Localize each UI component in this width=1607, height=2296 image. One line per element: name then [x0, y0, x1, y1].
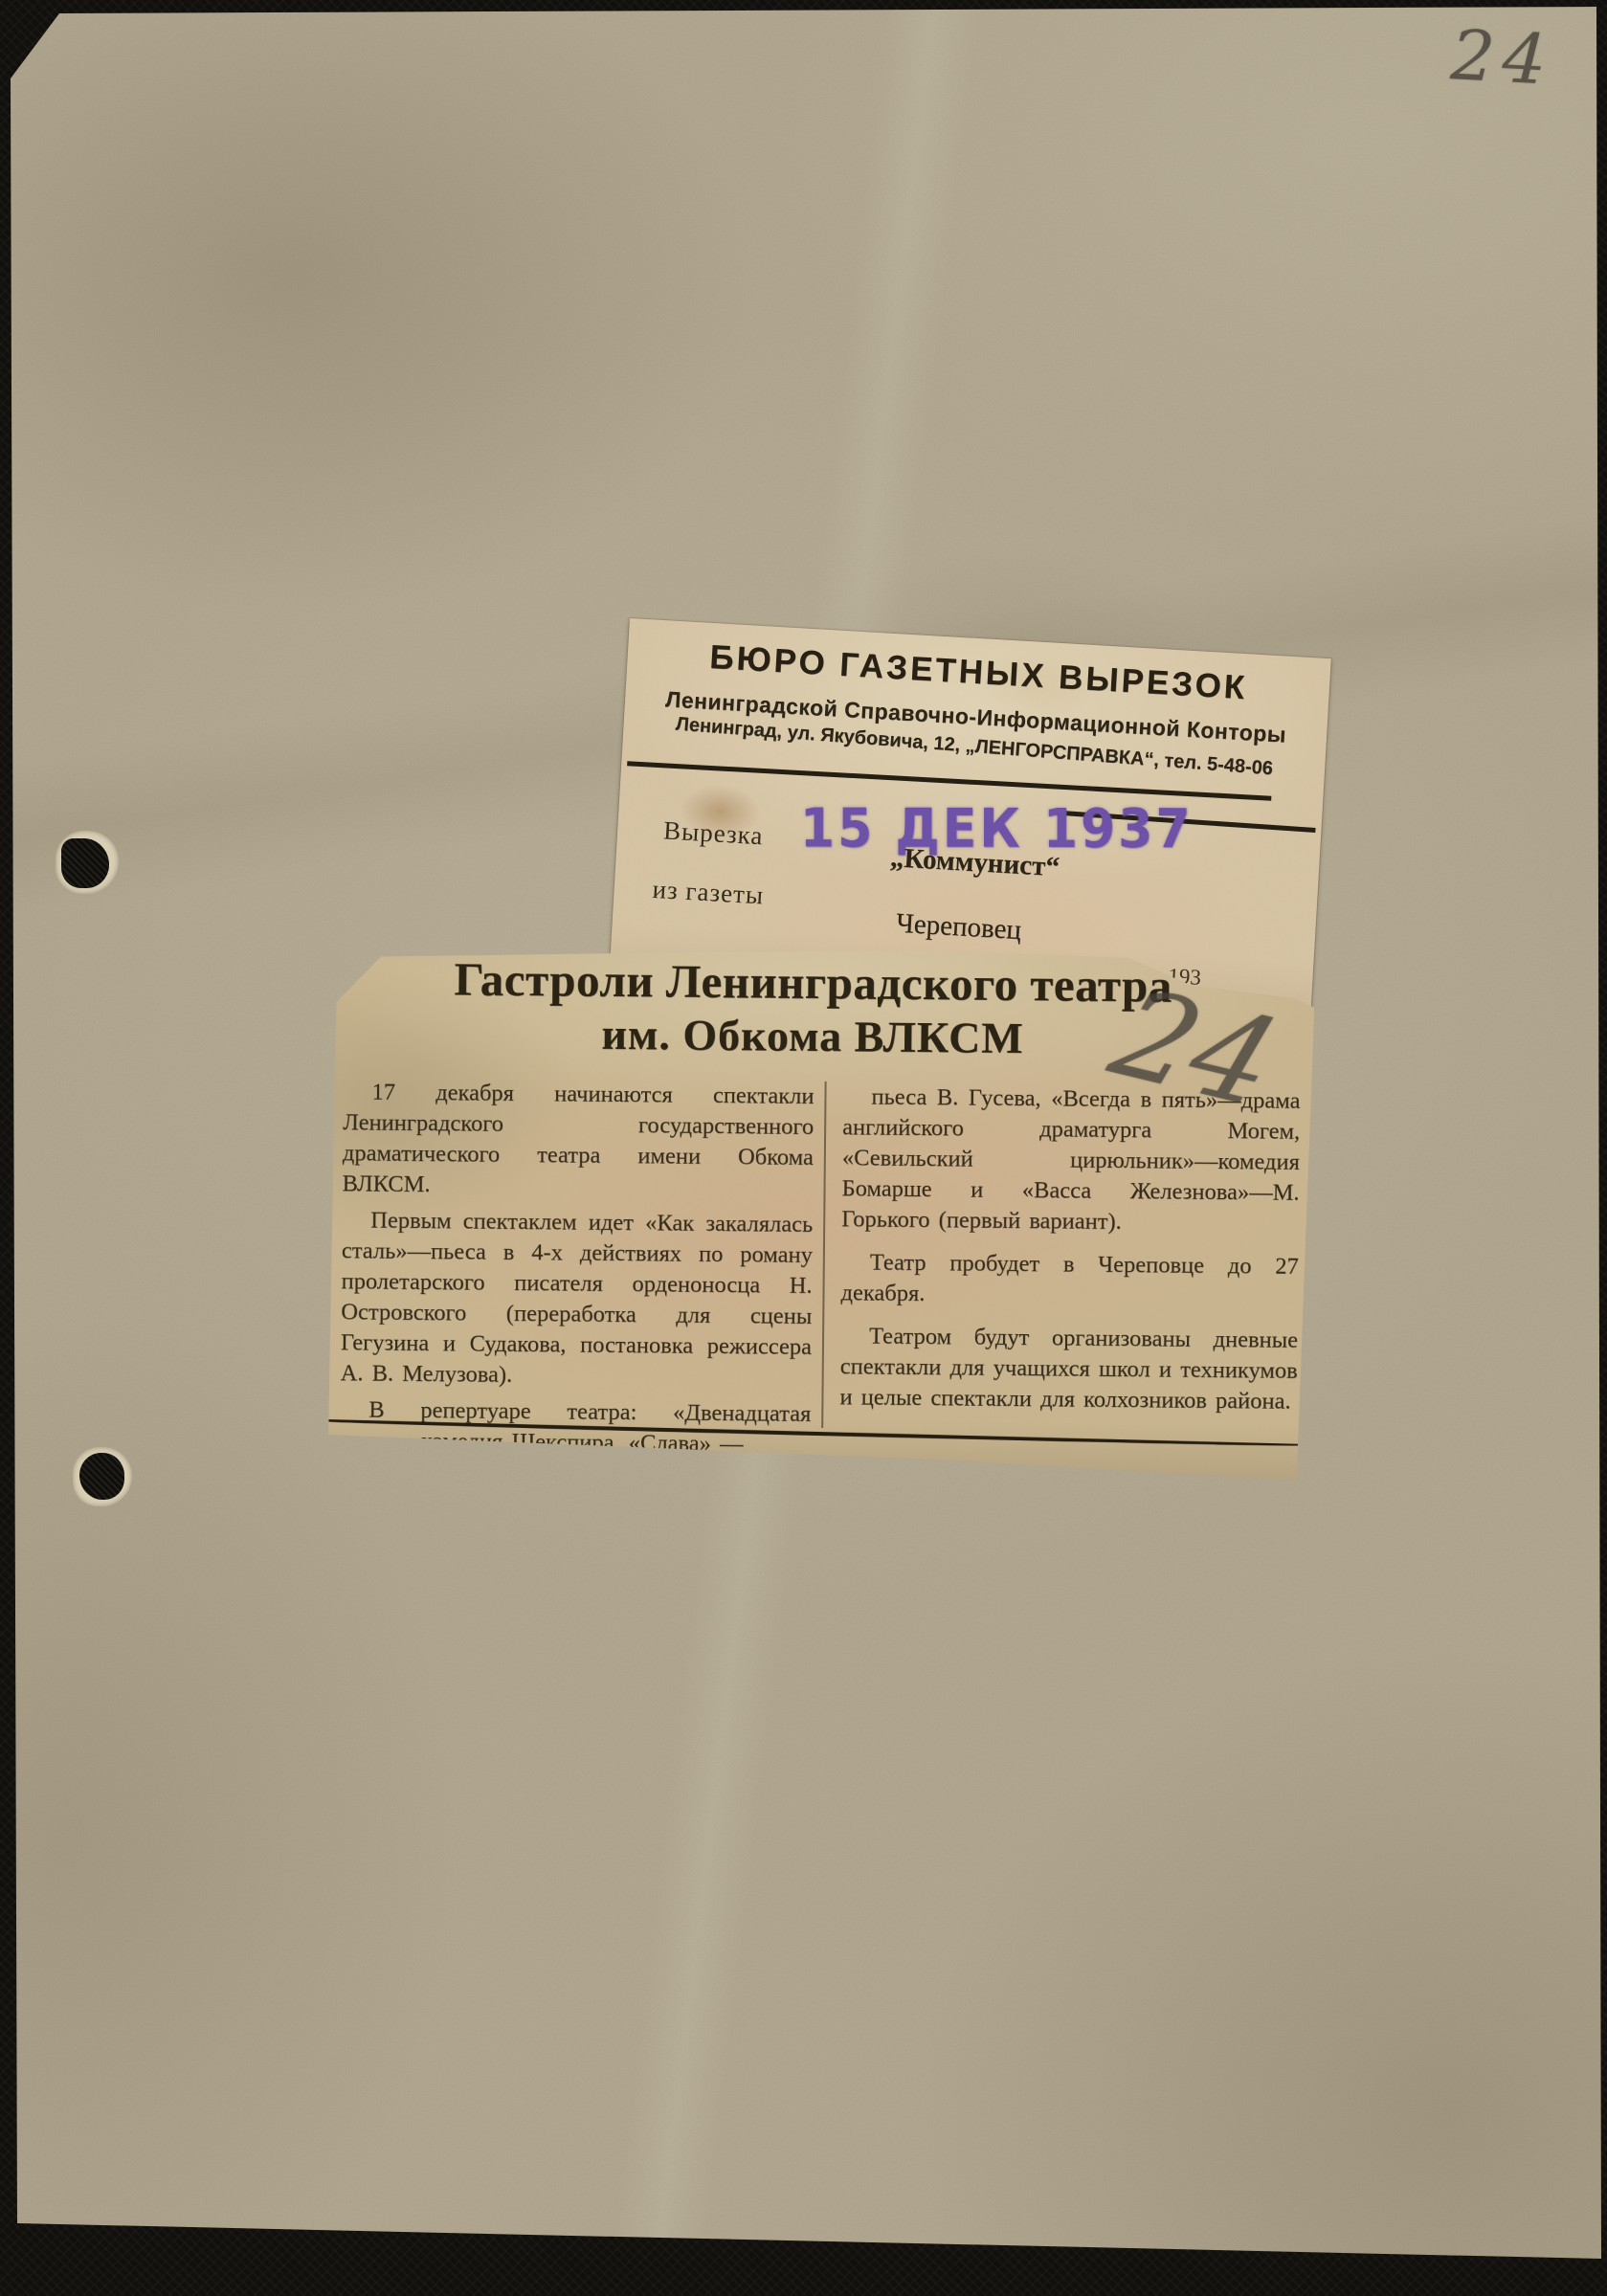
- punch-hole-opening: [61, 838, 109, 888]
- clipping-headline-line2: им. Обкома ВЛКСМ: [353, 1006, 1272, 1065]
- clipping-left-column: 17 декабря начинаются спектакли Ленингра…: [340, 1077, 815, 1466]
- cutout-label-line2: из газеты: [652, 875, 765, 911]
- column-divider: [821, 1081, 826, 1428]
- paragraph: Первым спектаклем идет «Как закалялась с…: [341, 1205, 814, 1393]
- paragraph: 17 декабря начинаются спектакли Ленингра…: [342, 1077, 814, 1204]
- paragraph: Театр пробудет в Череповце до 27 декабря…: [840, 1247, 1299, 1313]
- page-number-handwritten: 24: [1449, 14, 1556, 100]
- news-clipping: Гастроли Ленинградского театра им. Обком…: [321, 943, 1321, 1488]
- punch-hole-bottom: [73, 1447, 132, 1506]
- paragraph: Театром будут организованы дневные спект…: [839, 1321, 1298, 1417]
- archive-page: 24 БЮРО ГАЗЕТНЫХ ВЫРЕЗОК Ленинградской С…: [0, 0, 1607, 2296]
- punch-hole-top: [56, 831, 119, 894]
- clipping-right-column: пьеса В. Гусева, «Всегда в пять»—драма а…: [839, 1081, 1300, 1430]
- city-name: Череповец: [895, 908, 1022, 947]
- punch-hole-opening: [79, 1453, 124, 1500]
- cutout-label-line1: Вырезка: [662, 815, 764, 851]
- paragraph: пьеса В. Гусева, «Всегда в пять»—драма а…: [841, 1081, 1301, 1239]
